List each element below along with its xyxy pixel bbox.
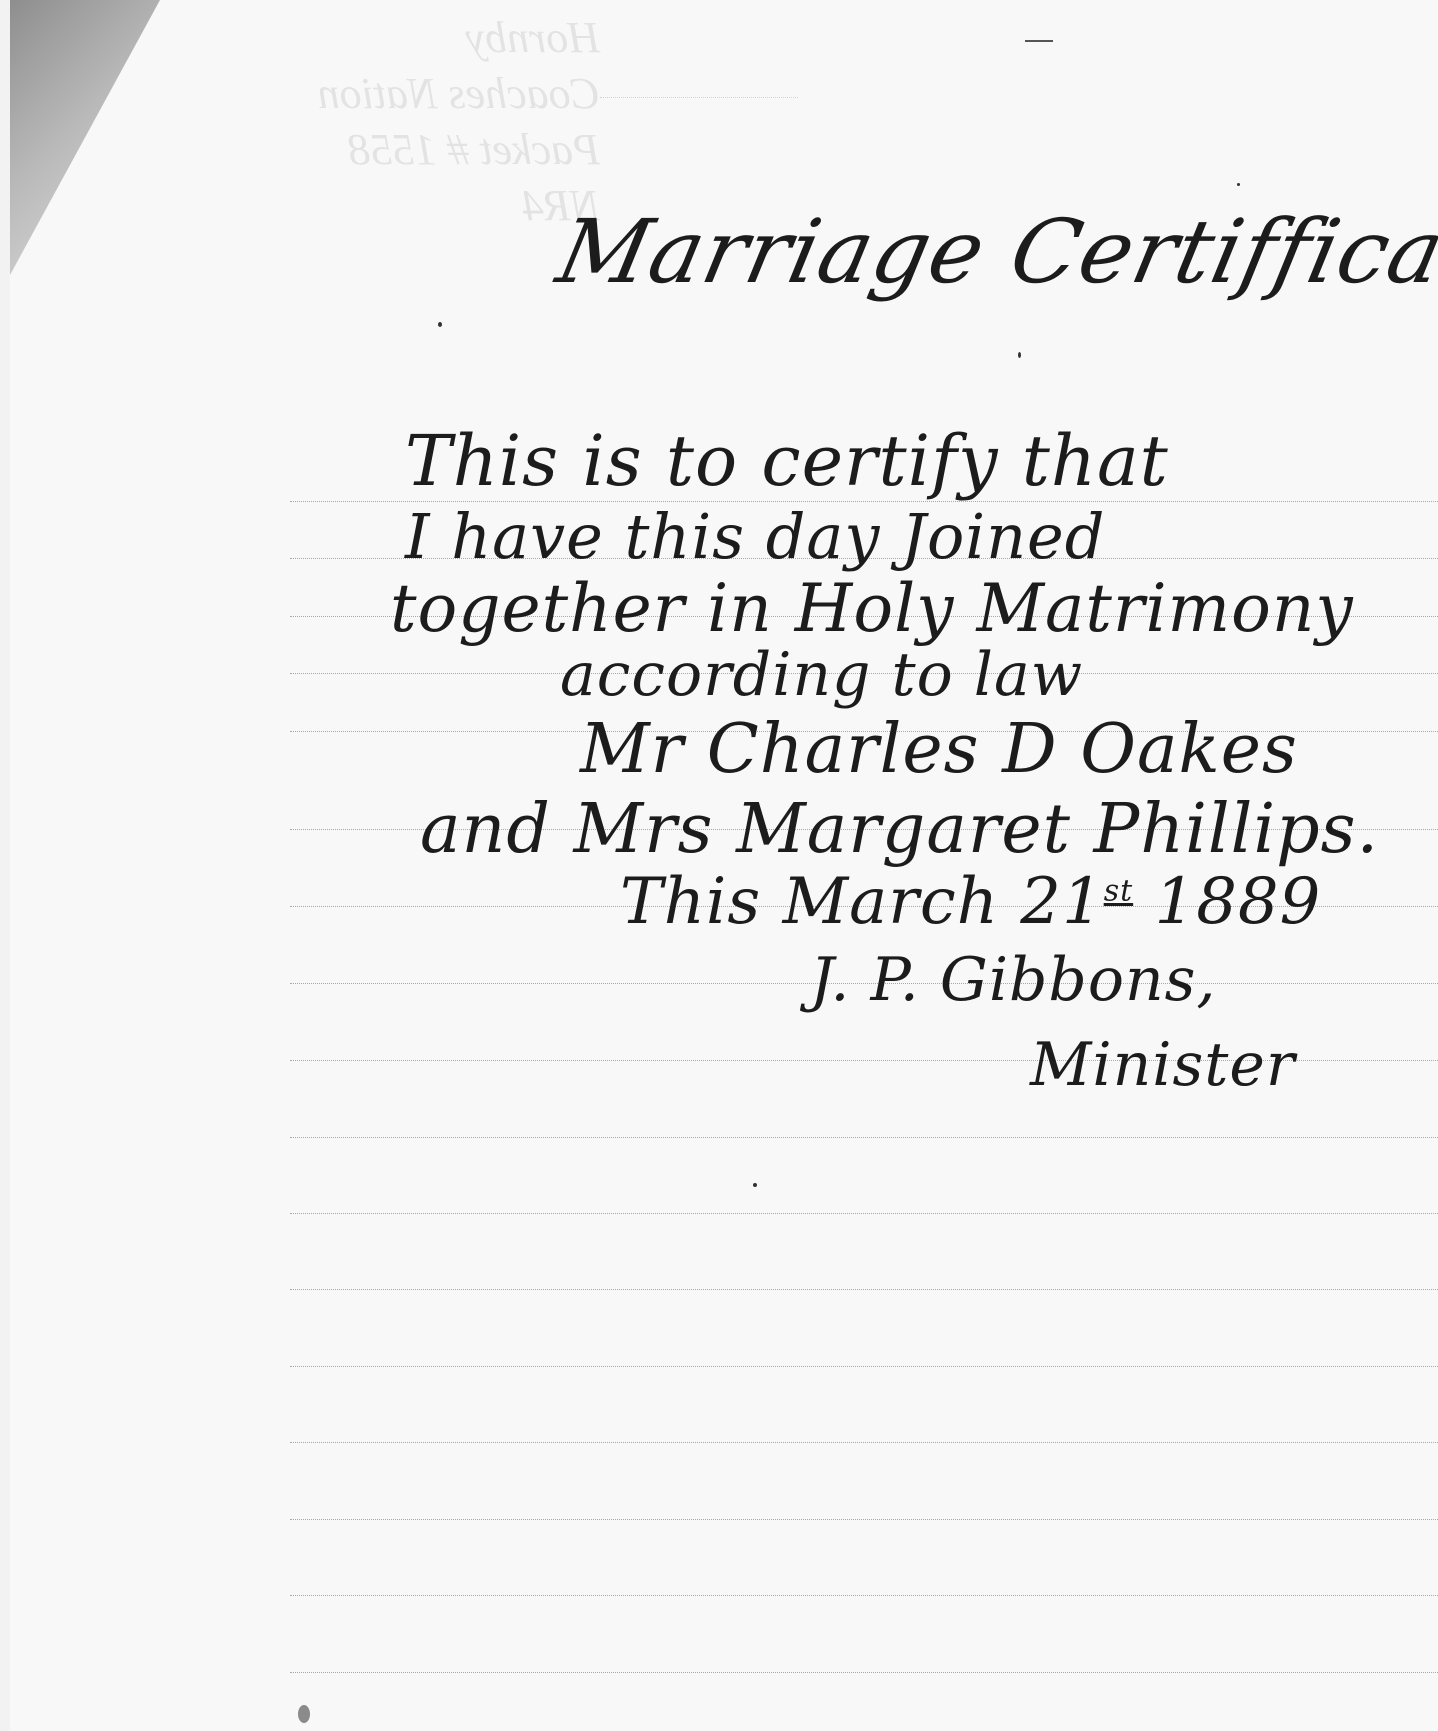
ruled-line	[290, 1289, 1438, 1290]
ruled-line	[290, 1137, 1438, 1138]
scan-edge	[0, 0, 10, 1731]
minister-signature: J. P. Gibbons,	[810, 945, 1216, 1015]
certificate-title: Marriage Certifficate	[549, 200, 1438, 303]
bleed-through-text: Hornby Coaches Nation Packet # 1558 NR4	[300, 10, 600, 234]
marriage-date: This March 21st 1889	[620, 865, 1321, 939]
ruled-line	[290, 1519, 1438, 1520]
document-page: Hornby Coaches Nation Packet # 1558 NR4 …	[0, 0, 1438, 1731]
scan-speck	[753, 1183, 757, 1187]
date-ordinal: st	[1104, 874, 1133, 909]
ruled-line	[290, 1442, 1438, 1443]
body-line-4: according to law	[560, 640, 1083, 710]
ruled-line	[600, 97, 798, 98]
ruled-line	[290, 1366, 1438, 1367]
body-line-3: together in Holy Matrimony	[390, 570, 1354, 647]
ruled-line	[290, 1672, 1438, 1673]
scan-speck	[438, 322, 442, 327]
scan-speck	[1018, 352, 1021, 358]
body-line-2: I have this day Joined	[405, 500, 1105, 573]
date-year: 1889	[1154, 865, 1321, 939]
ruled-line	[290, 1213, 1438, 1214]
bride-name: and Mrs Margaret Phillips.	[420, 790, 1379, 869]
ruled-line	[290, 1595, 1438, 1596]
minister-title: Minister	[1030, 1030, 1296, 1100]
date-prefix: This March 21	[620, 865, 1104, 939]
body-line-1: This is to certify that	[405, 420, 1169, 502]
folded-corner-shadow	[10, 0, 160, 275]
ink-mark	[1025, 40, 1053, 42]
groom-name: Mr Charles D Oakes	[580, 710, 1298, 789]
ink-smudge	[298, 1705, 310, 1723]
scan-speck	[1237, 183, 1240, 186]
